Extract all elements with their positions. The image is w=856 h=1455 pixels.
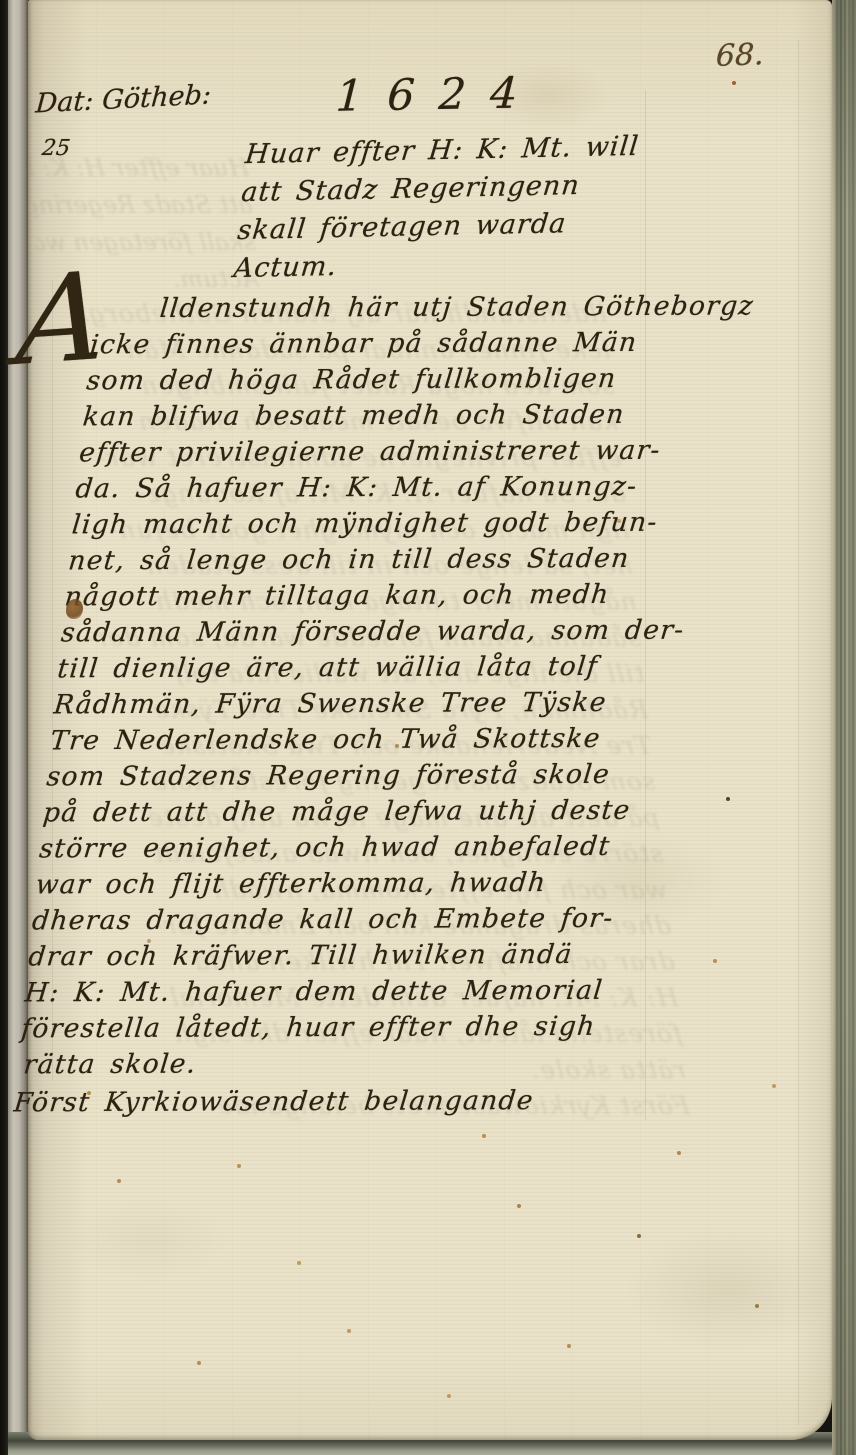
text-line: som ded höga Rådet fullkombligen bbox=[85, 361, 695, 400]
text-line: ligh macht och mÿndighet godt befun- bbox=[70, 505, 680, 544]
text-line: som Stadzens Regering förestå skole bbox=[45, 757, 655, 796]
text-line: Rådhmän, Fÿra Swenske Tree Tÿske bbox=[52, 685, 662, 724]
text-line: Tre Nederlendske och Twå Skottske bbox=[49, 721, 659, 760]
manuscript-page: Huar effter H: K: Mt. willatt Stadz Rege… bbox=[28, 0, 832, 1440]
paper-speckles bbox=[28, 0, 30, 2]
text-line: kan blifwa besatt medh och Staden bbox=[81, 397, 691, 436]
text-line: rätta skole. bbox=[16, 1045, 626, 1084]
manuscript-scan: { "document": { "page_number": "68.", "m… bbox=[0, 0, 856, 1455]
text-line: sådanna Männ försedde warda, som der- bbox=[59, 613, 669, 652]
text-line: effter privilegierne administreret war- bbox=[78, 433, 688, 472]
book-left-page-edge bbox=[8, 0, 28, 1455]
text-line: icke finnes ännbar på sådanne Män bbox=[88, 325, 698, 364]
page-number: 68. bbox=[715, 37, 764, 74]
ink-blot bbox=[66, 599, 83, 619]
text-line: da. Så hafuer H: K: Mt. af Konungz- bbox=[74, 469, 684, 508]
text-line: dheras dragande kall och Embete for- bbox=[30, 901, 640, 940]
book-fore-edge bbox=[832, 0, 856, 1455]
text-line: större eenighet, och hwad anbefaledt bbox=[38, 829, 648, 868]
body-text: lldenstundh här utj Staden Götheborgzick… bbox=[12, 289, 702, 1122]
year-heading: 1624 bbox=[335, 68, 543, 122]
margin-note-date: Dat: Götheb: bbox=[34, 79, 212, 119]
text-line: H: K: Mt. hafuer dem dette Memorial bbox=[23, 973, 633, 1012]
text-line: drar och kräfwer. Till hwilken ändä bbox=[27, 937, 637, 976]
book-spine-shadow bbox=[0, 0, 8, 1455]
text-line: till dienlige äre, att wällia låta tolf bbox=[56, 649, 666, 688]
margin-note-number: 25 bbox=[40, 136, 71, 161]
heading-block: Huar effter H: K: Mt. willatt Stadz Rege… bbox=[232, 128, 641, 288]
text-line: på dett att dhe måge lefwa uthj deste bbox=[41, 793, 651, 832]
text-line: lldenstundh här utj Staden Götheborgz bbox=[92, 289, 702, 328]
text-line: någott mehr tilltaga kan, och medh bbox=[63, 577, 673, 616]
text-line: förestella låtedt, huar effter dhe sigh bbox=[20, 1009, 630, 1048]
paper-crease bbox=[798, 40, 799, 1425]
text-line: net, så lenge och in till dess Staden bbox=[67, 541, 677, 580]
text-line: war och flijt effterkomma, hwadh bbox=[34, 865, 644, 904]
ghost-text-line: att Stadz Regeringenn bbox=[31, 187, 254, 224]
heading-line: Actum. bbox=[232, 242, 629, 288]
text-line: Först Kyrkiowäsendett belangande bbox=[12, 1081, 622, 1122]
